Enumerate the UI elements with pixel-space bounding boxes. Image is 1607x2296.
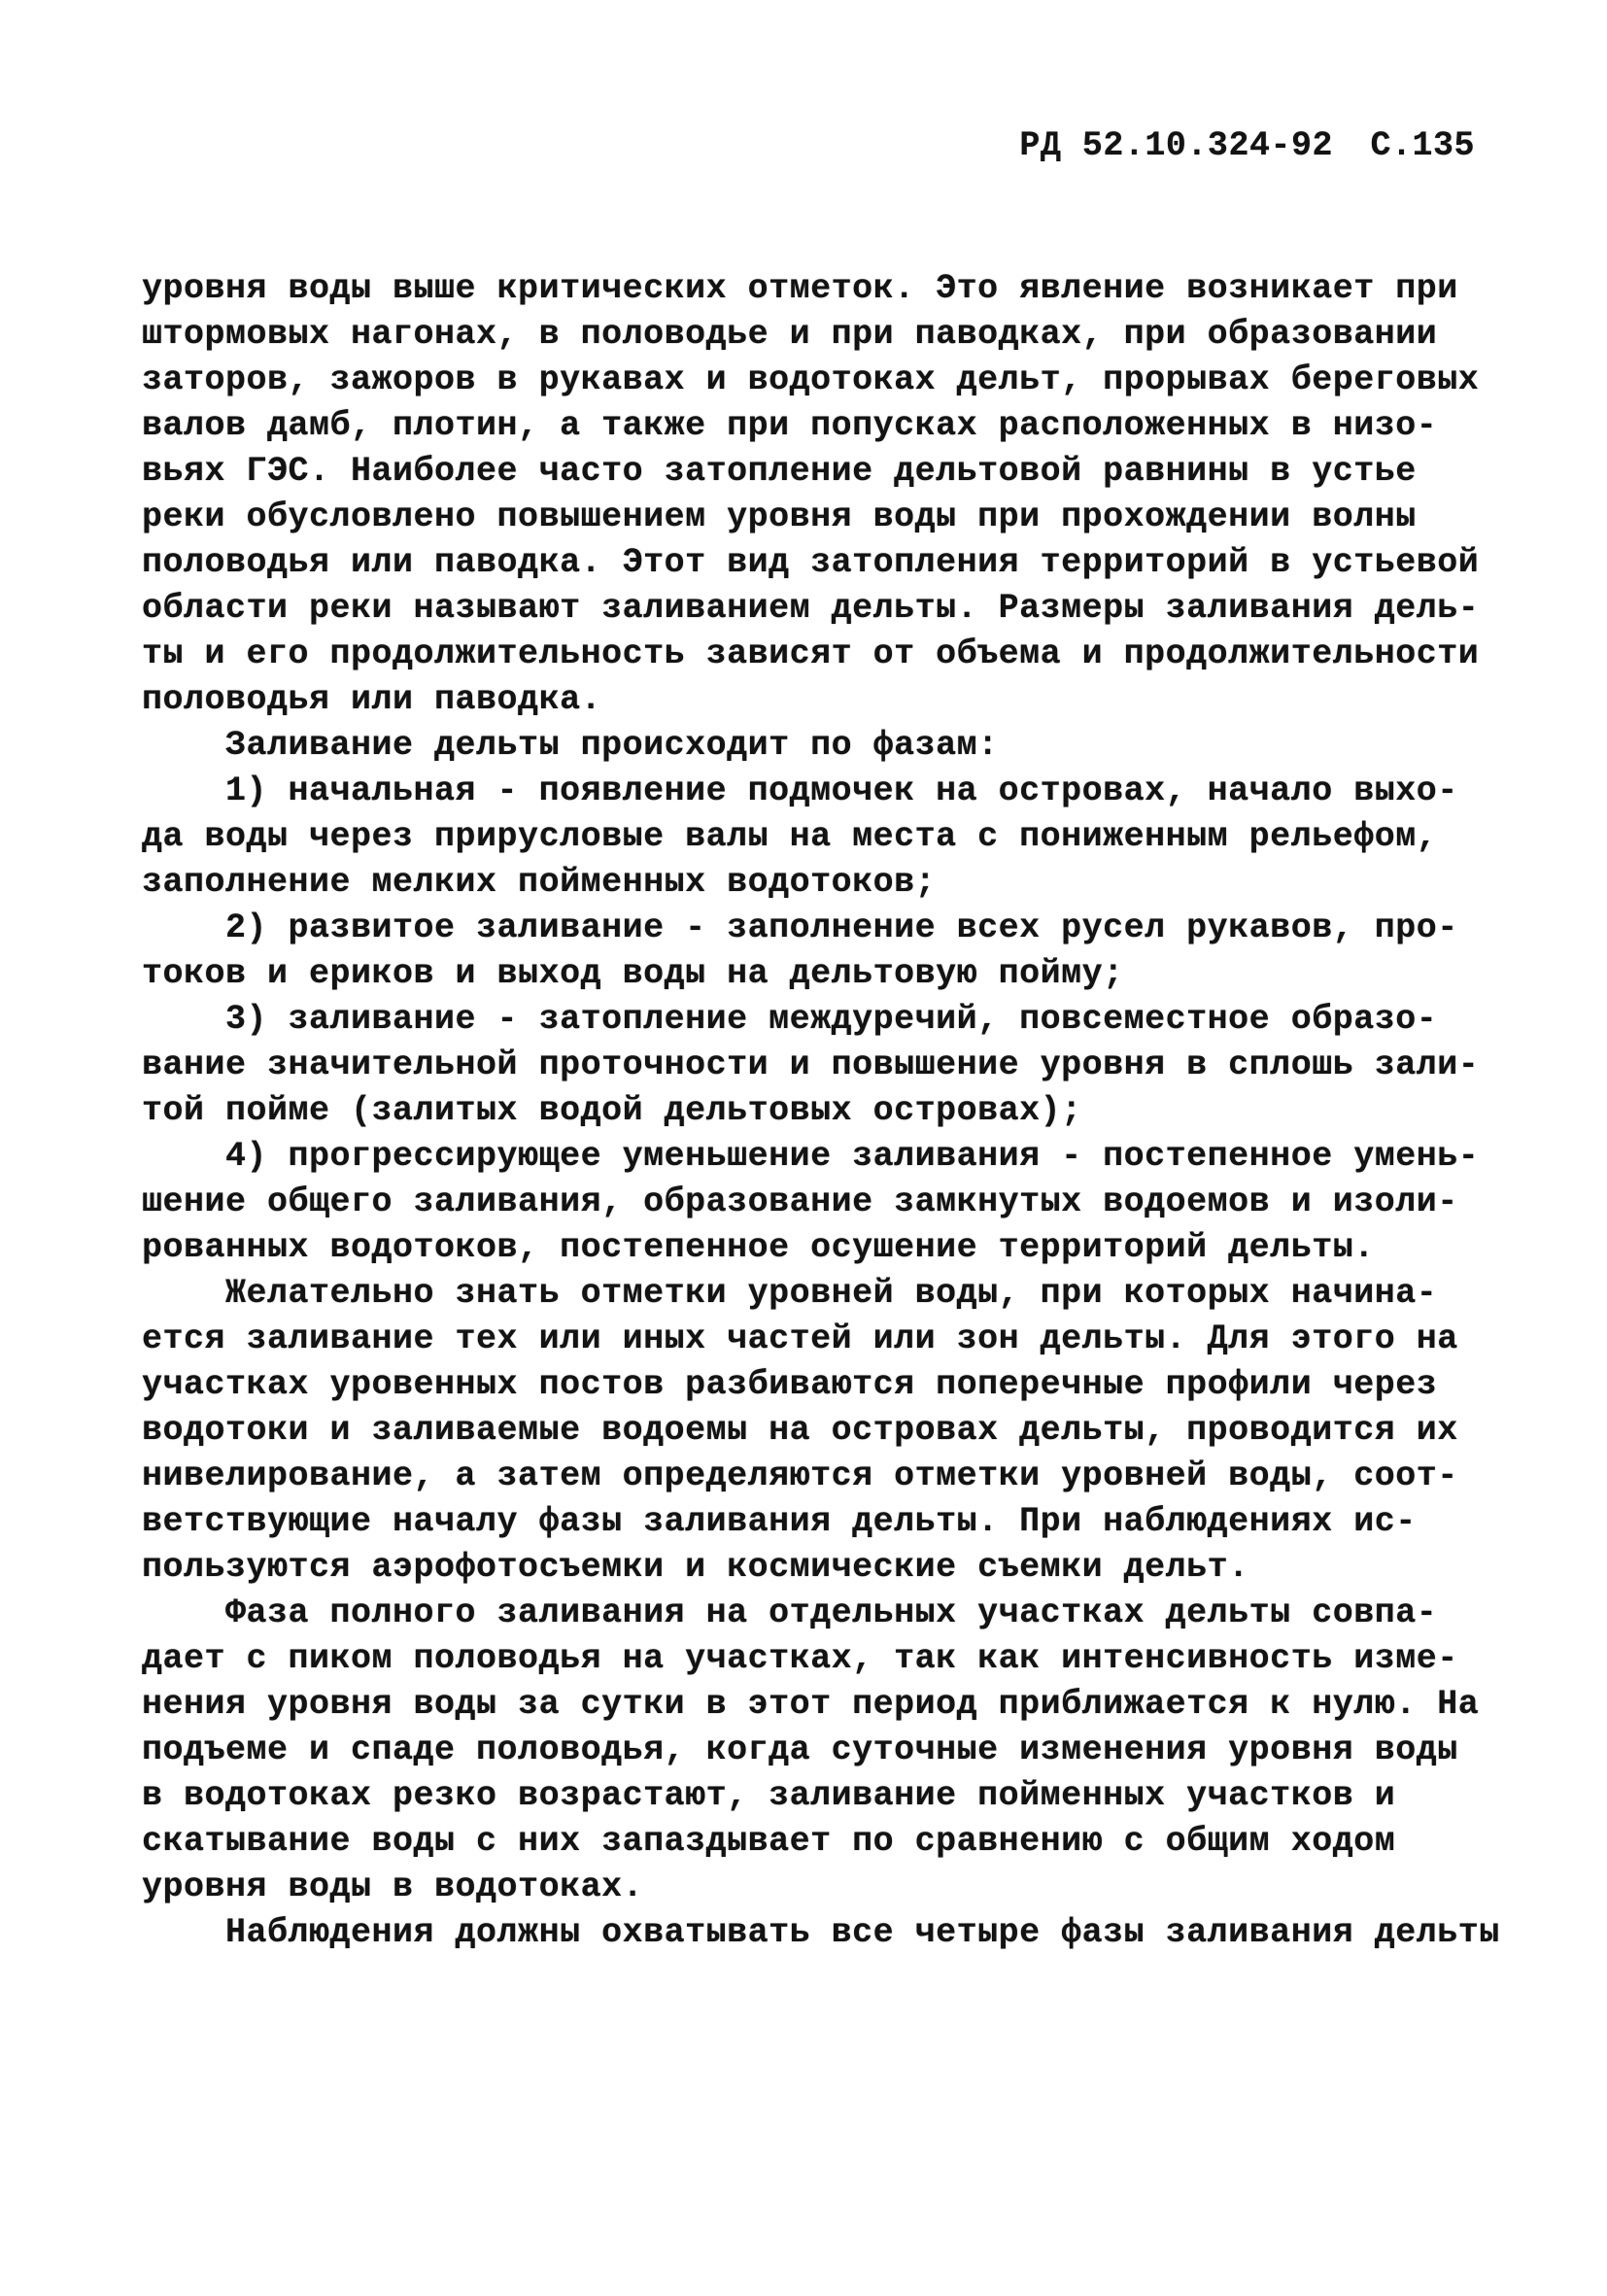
text-line: области реки называют заливанием дельты.… — [142, 586, 1522, 632]
text-line: половодья или паводка. Этот вид затоплен… — [142, 540, 1522, 586]
text-line: той пойме (залитых водой дельтовых остро… — [142, 1088, 1522, 1134]
text-line: участках уровенных постов разбиваются по… — [142, 1362, 1522, 1408]
text-line: Фаза полного заливания на отдельных учас… — [142, 1591, 1522, 1636]
text-line: штормовых нагонах, в половодье и при пав… — [142, 312, 1522, 358]
text-line: подъеме и спаде половодья, когда суточны… — [142, 1728, 1522, 1773]
text-line: ветствующие началу фазы заливания дельты… — [142, 1499, 1522, 1545]
text-line: заторов, зажоров в рукавах и водотоках д… — [142, 358, 1522, 403]
text-line: токов и ериков и выход воды на дельтовую… — [142, 951, 1522, 997]
text-line: 2) развитое заливание - заполнение всех … — [142, 906, 1522, 951]
page-header: РД 52.10.324-92С.135 — [1019, 126, 1475, 165]
text-line: вьях ГЭС. Наиболее часто затопление дель… — [142, 449, 1522, 495]
text-line: да воды через прирусловые валы на места … — [142, 814, 1522, 860]
text-line: уровня воды в водотоках. — [142, 1865, 1522, 1910]
page-number: С.135 — [1370, 126, 1475, 165]
text-line: валов дамб, плотин, а также при попусках… — [142, 403, 1522, 449]
text-line: Желательно знать отметки уровней воды, п… — [142, 1271, 1522, 1317]
text-line: ты и его продолжительность зависят от об… — [142, 632, 1522, 677]
document-code: РД 52.10.324-92 — [1019, 126, 1333, 165]
text-line: 3) заливание - затопление междуречий, по… — [142, 997, 1522, 1043]
text-line: водотоки и заливаемые водоемы на острова… — [142, 1408, 1522, 1454]
text-line: пользуются аэрофотосъемки и космические … — [142, 1545, 1522, 1591]
text-line: Заливание дельты происходит по фазам: — [142, 723, 1522, 769]
document-page: РД 52.10.324-92С.135 уровня воды выше кр… — [0, 0, 1607, 2296]
text-line: половодья или паводка. — [142, 677, 1522, 723]
text-line: в водотоках резко возрастают, заливание … — [142, 1773, 1522, 1819]
text-line: рованных водотоков, постепенное осушение… — [142, 1225, 1522, 1271]
text-line: заполнение мелких пойменных водотоков; — [142, 860, 1522, 906]
text-line: 4) прогрессирующее уменьшение заливания … — [142, 1134, 1522, 1180]
text-line: скатывание воды с них запаздывает по сра… — [142, 1819, 1522, 1865]
text-line: Наблюдения должны охватывать все четыре … — [142, 1910, 1522, 1956]
text-line: нения уровня воды за сутки в этот период… — [142, 1682, 1522, 1728]
text-line: вание значительной проточности и повышен… — [142, 1043, 1522, 1088]
text-line: реки обусловлено повышением уровня воды … — [142, 495, 1522, 540]
text-line: нивелирование, а затем определяются отме… — [142, 1454, 1522, 1499]
text-line: ется заливание тех или иных частей или з… — [142, 1317, 1522, 1362]
document-body: уровня воды выше критических отметок. Эт… — [142, 266, 1522, 1956]
text-line: шение общего заливания, образование замк… — [142, 1180, 1522, 1225]
text-line: дает с пиком половодья на участках, так … — [142, 1636, 1522, 1682]
text-line: уровня воды выше критических отметок. Эт… — [142, 266, 1522, 312]
text-line: 1) начальная - появление подмочек на ост… — [142, 769, 1522, 814]
